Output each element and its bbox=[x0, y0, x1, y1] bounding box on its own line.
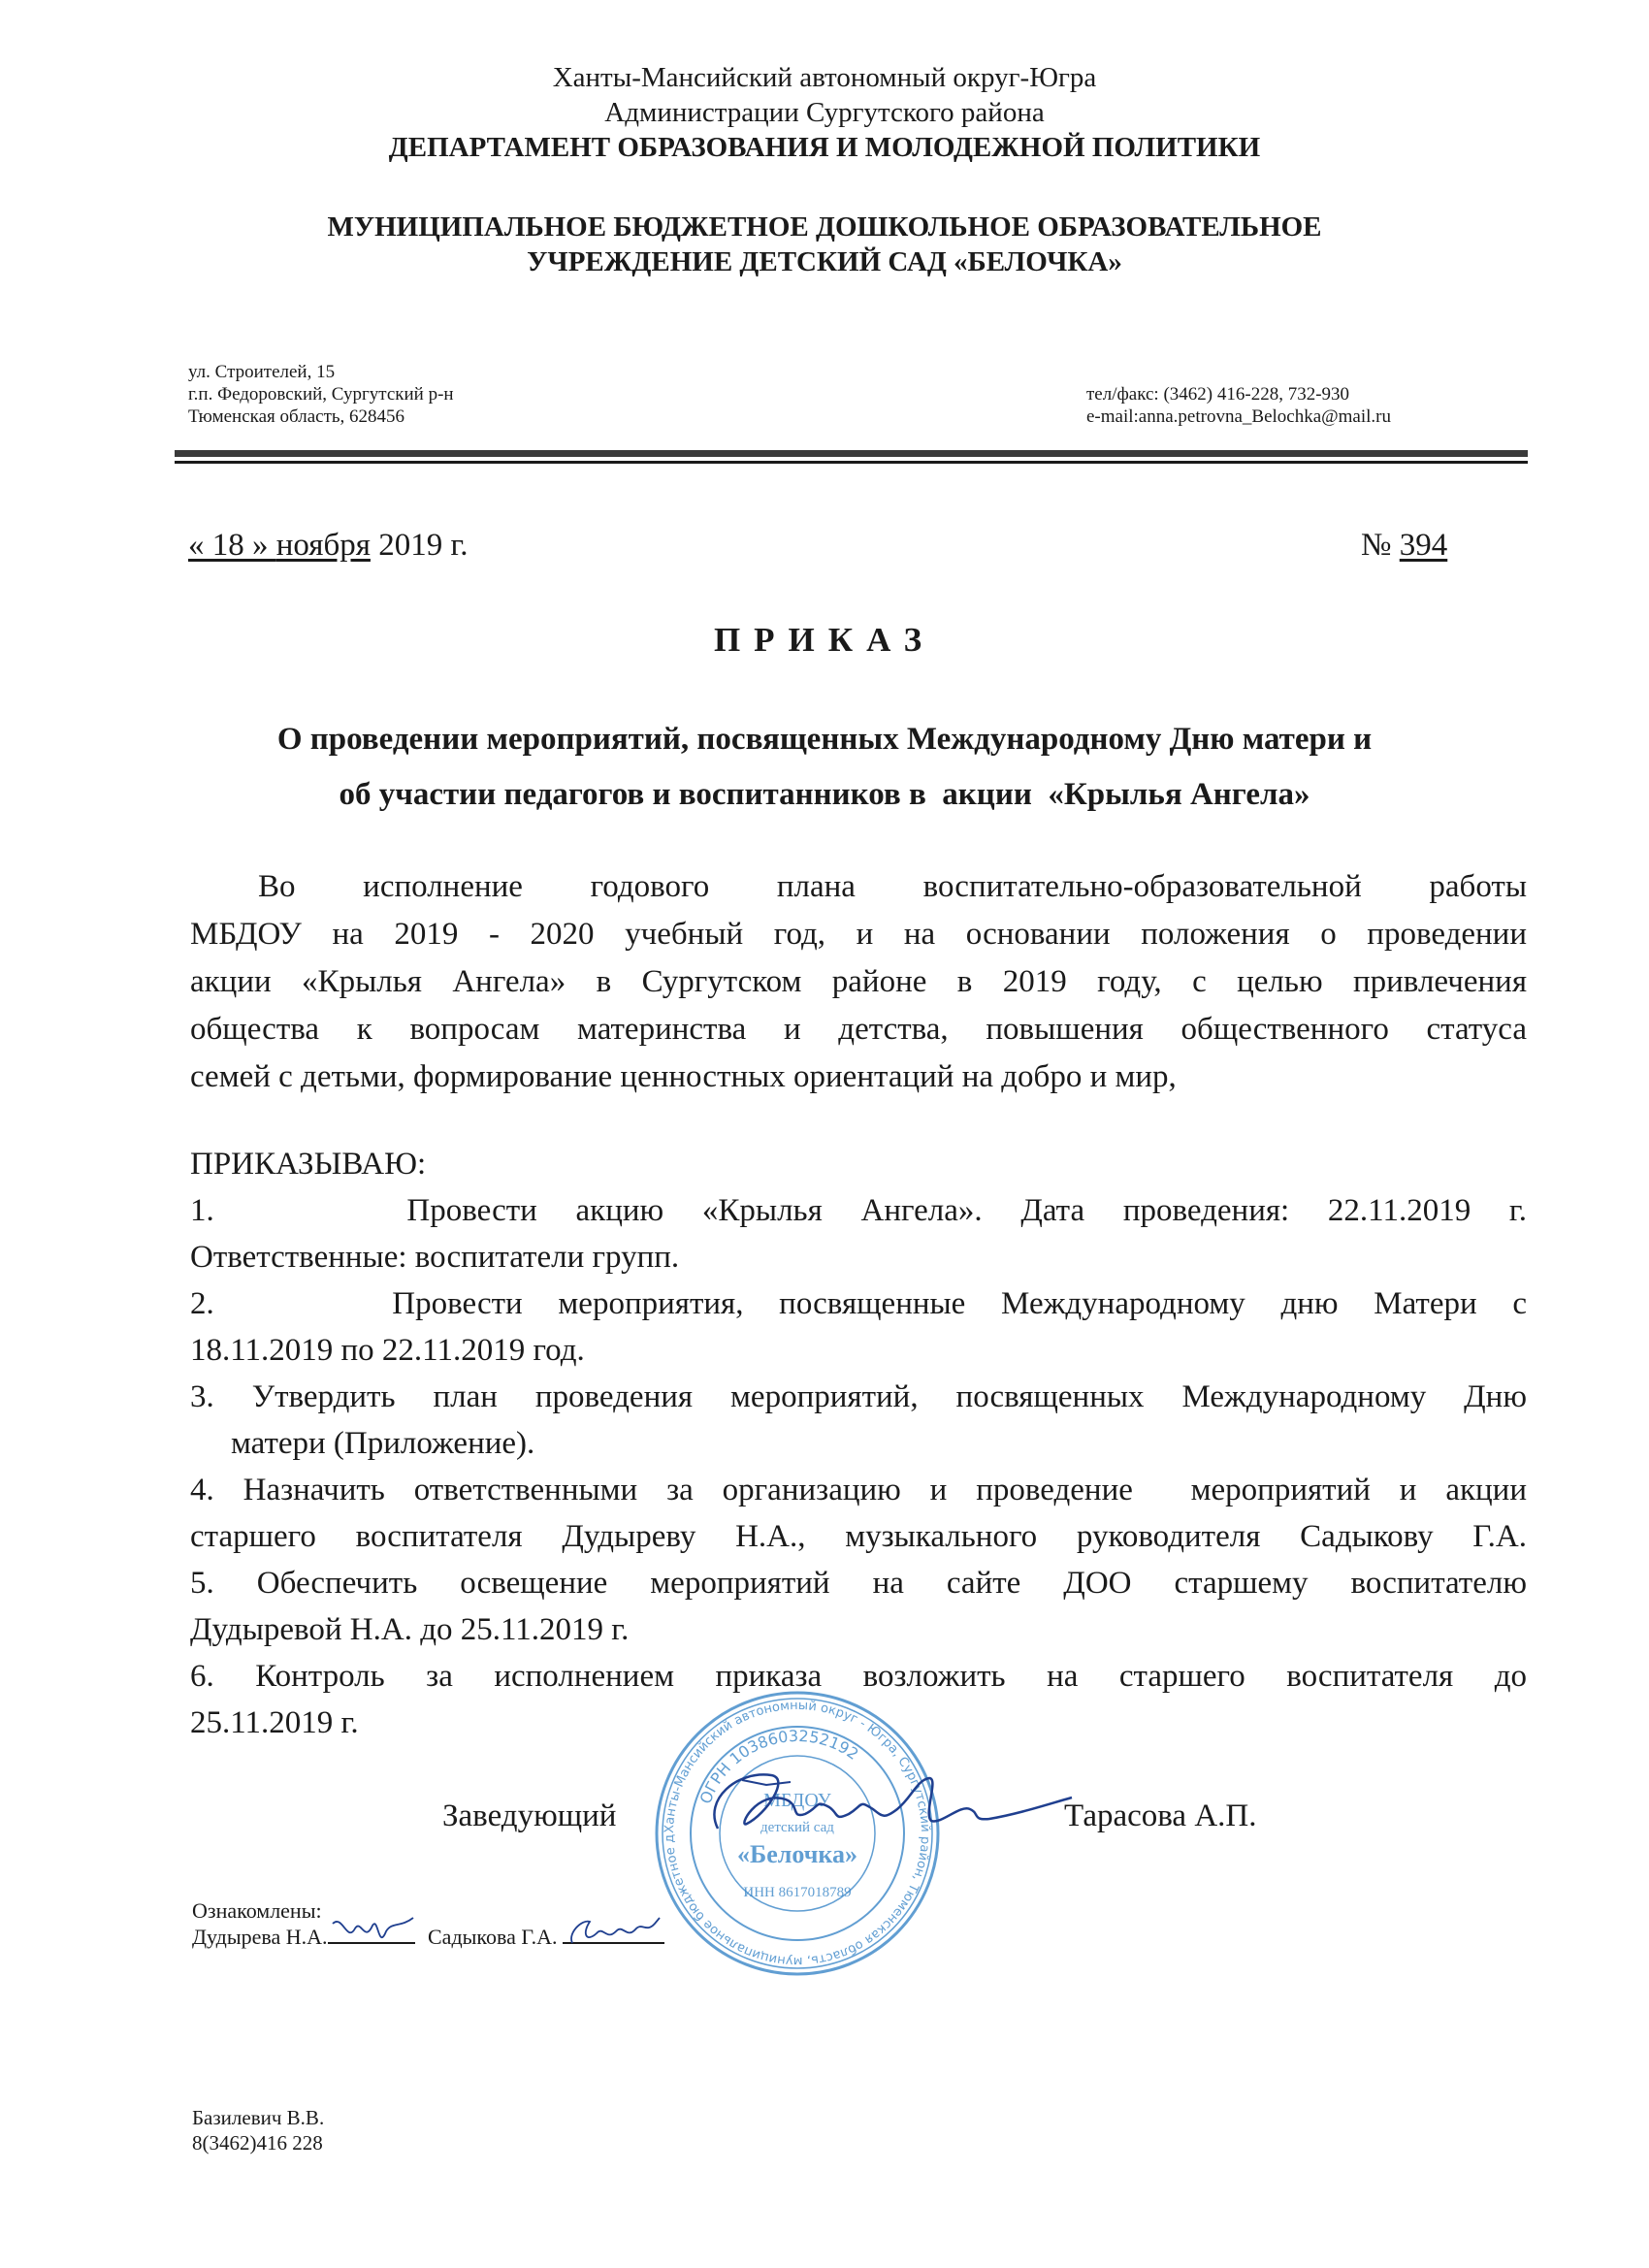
orders-section: ПРИКАЗЫВАЮ: 1. Провести акцию «Крылья Ан… bbox=[190, 1141, 1527, 1746]
acknowledged-person2: Садыкова Г.А. bbox=[428, 1925, 557, 1949]
acknowledged-block: Ознакомлены: Дудырева Н.А. Садыкова Г.А. bbox=[192, 1897, 664, 1950]
acknowledged-row: Дудырева Н.А. Садыкова Г.А. bbox=[192, 1924, 664, 1950]
order-item-5: 5. Обеспечить освещение мероприятий на с… bbox=[190, 1560, 1527, 1606]
order-number: № 394 bbox=[1361, 522, 1447, 569]
header-divider-thick bbox=[175, 450, 1528, 457]
preamble-line: семей с детьми, формирование ценностных … bbox=[190, 1053, 1527, 1101]
date-day: 18 bbox=[205, 528, 253, 563]
contact-email: e-mail:anna.petrovna_Belochka@mail.ru bbox=[1086, 405, 1391, 428]
preamble-line: акции «Крылья Ангела» в Сургутском район… bbox=[190, 958, 1527, 1006]
subject-line2: об участии педагогов и воспитанников в а… bbox=[0, 771, 1649, 818]
stamp-inn: ИНН 8617018789 bbox=[743, 1885, 851, 1900]
signature-line-1 bbox=[328, 1941, 415, 1944]
order-number-label: № bbox=[1361, 528, 1400, 563]
order-item-3-cont: матери (Приложение). bbox=[190, 1420, 1527, 1467]
date-year: 2019 г. bbox=[371, 528, 469, 563]
order-date: « 18 » ноября 2019 г. bbox=[188, 522, 469, 569]
preamble: Во исполнение годового плана воспитатель… bbox=[190, 863, 1527, 1101]
document-title: ПРИКАЗ bbox=[0, 621, 1649, 660]
address-block: ул. Строителей, 15 г.п. Федоровский, Сур… bbox=[188, 361, 454, 428]
order-item-3: 3. Утвердить план проведения мероприятий… bbox=[190, 1374, 1527, 1420]
contacts-block: тел/факс: (3462) 416-228, 732-930 e-mail… bbox=[1086, 383, 1391, 428]
header-organization-line2: УЧРЕЖДЕНИЕ ДЕТСКИЙ САД «БЕЛОЧКА» bbox=[0, 244, 1649, 279]
address-town: г.п. Федоровский, Сургутский р-н bbox=[188, 383, 454, 405]
executor-phone: 8(3462)416 228 bbox=[192, 2130, 324, 2155]
signature-position: Заведующий bbox=[442, 1793, 616, 1840]
handwritten-signature-icon bbox=[563, 1914, 664, 1953]
handwritten-signature-icon bbox=[328, 1914, 415, 1953]
date-open-quote: « bbox=[188, 528, 205, 563]
orders-heading: ПРИКАЗЫВАЮ: bbox=[190, 1141, 1527, 1187]
signature-name: Тарасова А.П. bbox=[1064, 1793, 1256, 1840]
header-region-line: Ханты-Мансийский автономный округ-Югра bbox=[0, 60, 1649, 95]
subject-line1: О проведении мероприятий, посвященных Ме… bbox=[0, 716, 1649, 762]
order-item-2-cont: 18.11.2019 по 22.11.2019 год. bbox=[190, 1327, 1527, 1374]
executor-name: Базилевич В.В. bbox=[192, 2105, 324, 2130]
order-item-2: 2. Провести мероприятия, посвященные Меж… bbox=[190, 1280, 1527, 1327]
acknowledged-person1: Дудырева Н.А. bbox=[192, 1925, 328, 1949]
order-item-5-cont: Дудыревой Н.А. до 25.11.2019 г. bbox=[190, 1606, 1527, 1653]
signature-line-2 bbox=[563, 1941, 664, 1944]
order-item-1-cont: Ответственные: воспитатели групп. bbox=[190, 1234, 1527, 1280]
order-number-value: 394 bbox=[1400, 528, 1448, 563]
order-item-1: 1. Провести акцию «Крылья Ангела». Дата … bbox=[190, 1187, 1527, 1234]
preamble-line: Во исполнение годового плана воспитатель… bbox=[190, 863, 1527, 911]
order-item-4: 4. Назначить ответственными за организац… bbox=[190, 1467, 1527, 1513]
director-signature bbox=[698, 1761, 1077, 1848]
address-region: Тюменская область, 628456 bbox=[188, 405, 454, 428]
executor-block: Базилевич В.В. 8(3462)416 228 bbox=[192, 2105, 324, 2155]
date-month: ноября bbox=[276, 528, 371, 563]
handwritten-signature-icon bbox=[698, 1761, 1077, 1848]
header-divider-thin bbox=[175, 461, 1528, 464]
date-close-quote: » bbox=[252, 528, 276, 563]
preamble-line: общества к вопросам материнства и детств… bbox=[190, 1006, 1527, 1053]
address-street: ул. Строителей, 15 bbox=[188, 361, 454, 383]
contact-phone: тел/факс: (3462) 416-228, 732-930 bbox=[1086, 383, 1391, 405]
preamble-line: МБДОУ на 2019 - 2020 учебный год, и на о… bbox=[190, 911, 1527, 958]
header-department-line: ДЕПАРТАМЕНТ ОБРАЗОВАНИЯ И МОЛОДЕЖНОЙ ПОЛ… bbox=[0, 130, 1649, 165]
header-organization-line1: МУНИЦИПАЛЬНОЕ БЮДЖЕТНОЕ ДОШКОЛЬНОЕ ОБРАЗ… bbox=[0, 210, 1649, 244]
order-item-4-cont: старшего воспитателя Дудыреву Н.А., музы… bbox=[190, 1513, 1527, 1560]
header-administration-line: Администрации Сургутского района bbox=[0, 95, 1649, 130]
